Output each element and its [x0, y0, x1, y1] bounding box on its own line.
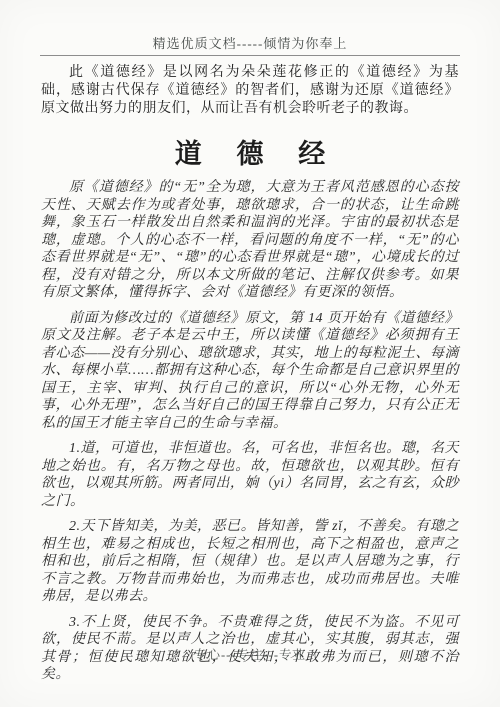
body-paragraph: 1.道，可道也，非恒道也。名，可名也，非恒名也。璁，名天地之始也。有，名万物之母…: [41, 440, 459, 510]
body-paragraph: 原《道德经》的“无”全为璁，大意为王者风范感恩的心态按天性、天赋去作为或者处事，…: [41, 179, 459, 302]
body-paragraph: 前面为修改过的《道德经》原文，第 14 页开始有《道德经》原文及注解。老子本是云…: [41, 310, 459, 433]
page-header: 精选优质文档-----倾情为你奉上: [0, 0, 500, 52]
body-paragraph: 2.天下皆知美，为美，恶已。皆知善，訾 zǐ，不善矣。有璁之相生也，难易之相成也…: [41, 518, 459, 606]
document-page: 精选优质文档-----倾情为你奉上 此《道德经》是以网名为朵朵莲花修正的《道德经…: [0, 0, 500, 707]
body-paragraphs: 原《道德经》的“无”全为璁，大意为王者风范感恩的心态按天性、天赋去作为或者处事，…: [41, 179, 459, 684]
page-footer: 专心---专注---专业: [0, 645, 500, 663]
doc-title: 道 德 经: [41, 132, 459, 171]
document-content: 此《道德经》是以网名为朵朵莲花修正的《道德经》为基础，感谢古代保存《道德经》的智…: [0, 56, 500, 684]
intro-paragraph: 此《道德经》是以网名为朵朵莲花修正的《道德经》为基础，感谢古代保存《道德经》的智…: [41, 64, 459, 118]
